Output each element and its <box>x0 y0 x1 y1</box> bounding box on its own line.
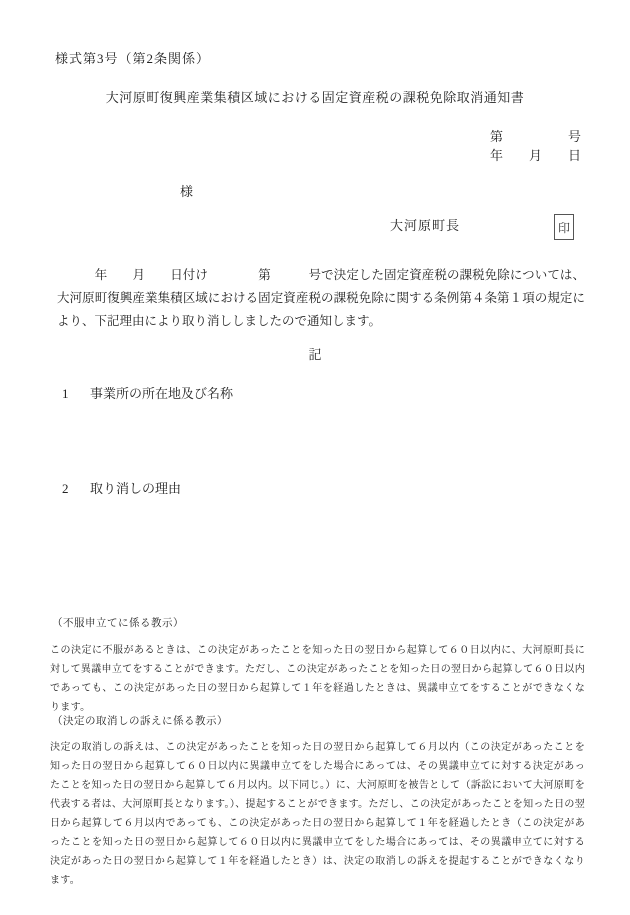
notification-body-paragraph: 年 月 日付け 第 号で決定した固定資産税の課税免除については、大河原町復興産業… <box>57 264 585 333</box>
lawsuit-notice-body: 決定の取消しの訴えは、この決定があったことを知った日の翌日から起算して６月以内（… <box>50 738 585 890</box>
item-number: 2 <box>62 481 90 497</box>
list-item-business-location: 1事業所の所在地及び名称 <box>62 383 233 402</box>
item-number: 1 <box>62 386 90 402</box>
addressee-honorific: 様 <box>180 181 193 200</box>
seal-label: 印 <box>558 219 570 236</box>
seal-placeholder-box: 印 <box>554 214 574 240</box>
item-label: 取り消しの理由 <box>90 481 181 496</box>
document-number-blank: 第 号 <box>490 126 581 145</box>
record-heading: 記 <box>0 344 630 363</box>
appeal-notice-heading: （不服申立てに係る教示） <box>52 615 184 630</box>
form-number-label: 様式第3号（第2条関係） <box>55 48 210 67</box>
list-item-cancellation-reason: 2取り消しの理由 <box>62 478 181 497</box>
sender-title: 大河原町長 <box>390 215 460 234</box>
document-date-blank: 年 月 日 <box>490 145 581 164</box>
document-title: 大河原町復興産業集積区域における固定資産税の課税免除取消通知書 <box>0 87 630 106</box>
notice-document-page: 様式第3号（第2条関係） 大河原町復興産業集積区域における固定資産税の課税免除取… <box>0 0 630 915</box>
item-label: 事業所の所在地及び名称 <box>90 386 233 401</box>
lawsuit-notice-heading: （決定の取消しの訴えに係る教示） <box>52 713 228 728</box>
appeal-notice-body: この決定に不服があるときは、この決定があったことを知った日の翌日から起算して６０… <box>50 641 585 717</box>
